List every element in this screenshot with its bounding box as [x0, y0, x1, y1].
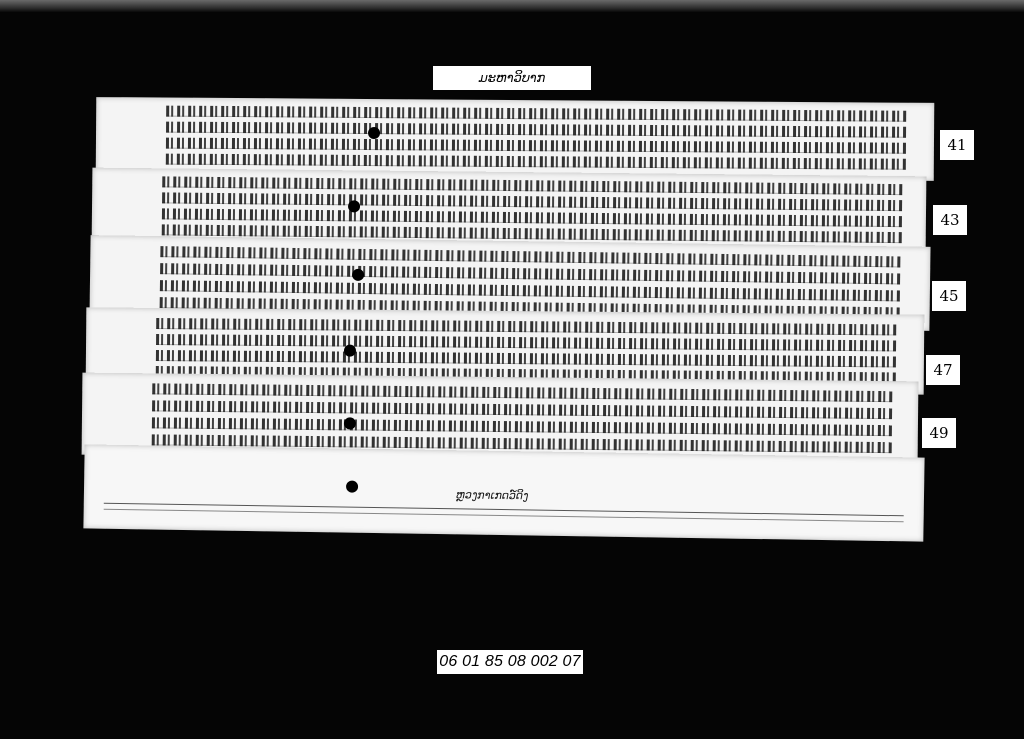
page-number-49: 49 [922, 418, 956, 448]
document-title-label: ມະຫາວິບາກ [433, 66, 591, 90]
string-hole [352, 269, 364, 281]
string-hole [346, 481, 358, 493]
page-number-43: 43 [933, 205, 967, 235]
colophon-text: ຫຼວງກາເກດວ໌ດິງ [456, 488, 528, 502]
string-hole [344, 345, 356, 357]
string-hole [368, 127, 380, 139]
catalog-number-label: 06 01 85 08 002 07 [437, 650, 583, 674]
leaf-rule [104, 509, 904, 523]
page-number-45: 45 [932, 281, 966, 311]
manuscript-cover-leaf: ຫຼວງກາເກດວ໌ດິງ [83, 444, 924, 541]
string-hole [348, 200, 360, 212]
page-number-41: 41 [940, 130, 974, 160]
page-number-47: 47 [926, 355, 960, 385]
string-hole [344, 417, 356, 429]
scan-top-band [0, 0, 1024, 12]
